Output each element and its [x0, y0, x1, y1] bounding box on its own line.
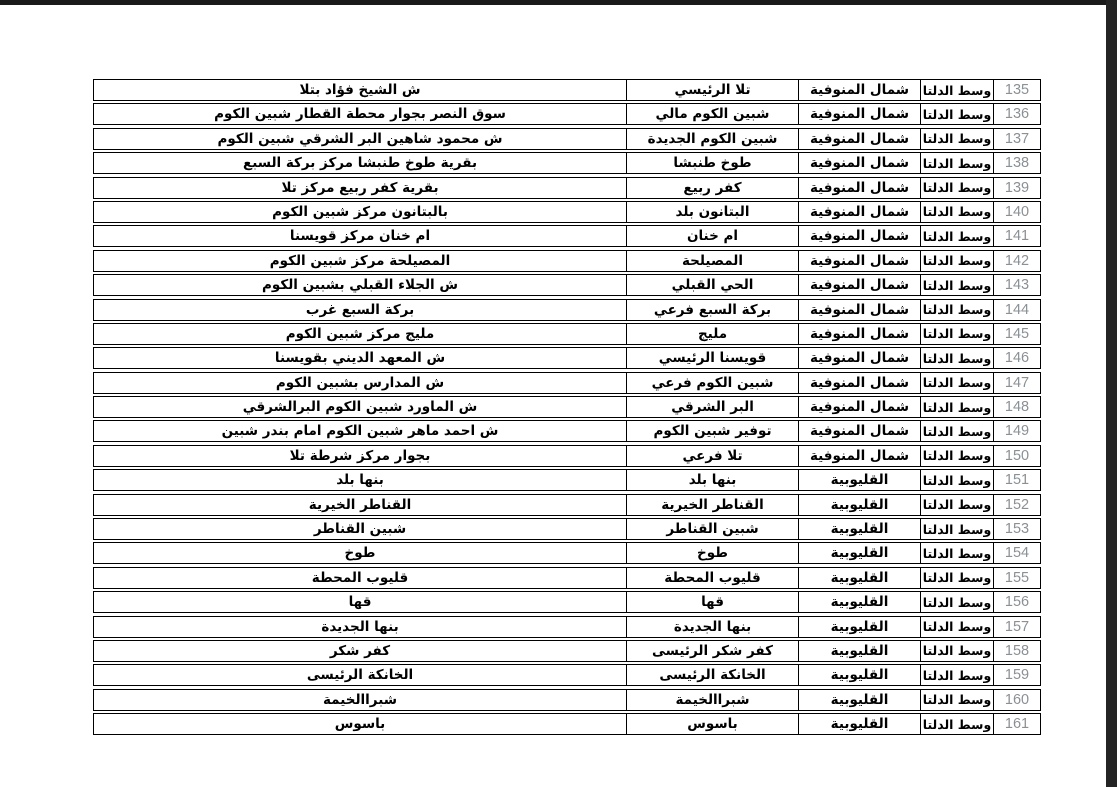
table-row: 142وسط الدلتاشمال المنوفيةالمصيلحةالمصيل…	[93, 250, 1041, 272]
cell-governorate: القليوبية	[798, 665, 920, 685]
cell-region: وسط الدلتا	[920, 617, 993, 637]
cell-region: وسط الدلتا	[920, 446, 993, 466]
cell-number: 154	[993, 543, 1040, 563]
cell-governorate: القليوبية	[798, 690, 920, 710]
cell-branch: مليج	[626, 324, 798, 344]
cell-number: 145	[993, 324, 1040, 344]
cell-branch: شبين الكوم فرعي	[626, 373, 798, 393]
cell-region: وسط الدلتا	[920, 568, 993, 588]
cell-region: وسط الدلتا	[920, 397, 993, 417]
cell-branch: القناطر الخيرية	[626, 495, 798, 515]
cell-governorate: القليوبية	[798, 519, 920, 539]
cell-number: 152	[993, 495, 1040, 515]
cell-address: قها	[94, 592, 626, 612]
table-row: 161وسط الدلتاالقليوبيةباسوسباسوس	[93, 713, 1041, 735]
document-page: 135وسط الدلتاشمال المنوفيةتلا الرئيسيش ا…	[0, 5, 1106, 787]
table-row: 145وسط الدلتاشمال المنوفيةمليجمليج مركز …	[93, 323, 1041, 345]
cell-branch: كفر شكر الرئيسى	[626, 641, 798, 661]
cell-governorate: القليوبية	[798, 543, 920, 563]
cell-address: ش الجلاء القبلي بشبين الكوم	[94, 275, 626, 295]
table-row: 146وسط الدلتاشمال المنوفيةقويسنا الرئيسي…	[93, 347, 1041, 369]
cell-branch: قليوب المحطة	[626, 568, 798, 588]
cell-number: 142	[993, 251, 1040, 271]
cell-branch: بنها الجديدة	[626, 617, 798, 637]
cell-number: 135	[993, 80, 1040, 100]
table-row: 154وسط الدلتاالقليوبيةطوخطوخ	[93, 542, 1041, 564]
table-row: 144وسط الدلتاشمال المنوفيةبركة السبع فرع…	[93, 299, 1041, 321]
cell-address: بنها الجديدة	[94, 617, 626, 637]
cell-address: القناطر الخيرية	[94, 495, 626, 515]
cell-address: قليوب المحطة	[94, 568, 626, 588]
cell-governorate: القليوبية	[798, 641, 920, 661]
table-row: 147وسط الدلتاشمال المنوفيةشبين الكوم فرع…	[93, 372, 1041, 394]
cell-address: الخانكة الرئيسى	[94, 665, 626, 685]
table-row: 149وسط الدلتاشمال المنوفيةتوفير شبين الك…	[93, 420, 1041, 442]
cell-region: وسط الدلتا	[920, 80, 993, 100]
cell-region: وسط الدلتا	[920, 641, 993, 661]
cell-governorate: شمال المنوفية	[798, 324, 920, 344]
cell-number: 150	[993, 446, 1040, 466]
cell-number: 140	[993, 202, 1040, 222]
cell-address: ام خنان مركز قويسنا	[94, 226, 626, 246]
table-row: 151وسط الدلتاالقليوبيةبنها بلدبنها بلد	[93, 469, 1041, 491]
table-row: 150وسط الدلتاشمال المنوفيةتلا فرعيبجوار …	[93, 445, 1041, 467]
cell-governorate: شمال المنوفية	[798, 348, 920, 368]
cell-region: وسط الدلتا	[920, 104, 993, 124]
cell-number: 146	[993, 348, 1040, 368]
cell-region: وسط الدلتا	[920, 592, 993, 612]
cell-governorate: شمال المنوفية	[798, 421, 920, 441]
cell-number: 151	[993, 470, 1040, 490]
cell-number: 159	[993, 665, 1040, 685]
cell-branch: باسوس	[626, 714, 798, 734]
cell-number: 138	[993, 153, 1040, 173]
cell-branch: بركة السبع فرعي	[626, 300, 798, 320]
cell-number: 155	[993, 568, 1040, 588]
cell-region: وسط الدلتا	[920, 714, 993, 734]
table-row: 152وسط الدلتاالقليوبيةالقناطر الخيريةالق…	[93, 494, 1041, 516]
cell-governorate: القليوبية	[798, 617, 920, 637]
branches-table: 135وسط الدلتاشمال المنوفيةتلا الرئيسيش ا…	[93, 79, 1041, 738]
cell-region: وسط الدلتا	[920, 470, 993, 490]
table-row: 143وسط الدلتاشمال المنوفيةالحي القبليش ا…	[93, 274, 1041, 296]
cell-address: شبين القناطر	[94, 519, 626, 539]
cell-governorate: شمال المنوفية	[798, 300, 920, 320]
cell-branch: كفر ربيع	[626, 178, 798, 198]
cell-number: 153	[993, 519, 1040, 539]
cell-governorate: شمال المنوفية	[798, 202, 920, 222]
cell-branch: البتانون بلد	[626, 202, 798, 222]
cell-region: وسط الدلتا	[920, 373, 993, 393]
table-row: 157وسط الدلتاالقليوبيةبنها الجديدةبنها ا…	[93, 616, 1041, 638]
cell-governorate: شمال المنوفية	[798, 397, 920, 417]
cell-address: شبراالخيمة	[94, 690, 626, 710]
cell-number: 137	[993, 129, 1040, 149]
cell-number: 141	[993, 226, 1040, 246]
cell-branch: قويسنا الرئيسي	[626, 348, 798, 368]
cell-governorate: شمال المنوفية	[798, 104, 920, 124]
table-row: 148وسط الدلتاشمال المنوفيةالبر الشرقيش ا…	[93, 396, 1041, 418]
cell-branch: الحي القبلي	[626, 275, 798, 295]
table-row: 137وسط الدلتاشمال المنوفيةشبين الكوم الج…	[93, 128, 1041, 150]
cell-governorate: القليوبية	[798, 568, 920, 588]
cell-address: سوق النصر بجوار محطة القطار شبين الكوم	[94, 104, 626, 124]
cell-branch: شبراالخيمة	[626, 690, 798, 710]
cell-address: بقرية طوخ طنبشا مركز بركة السبع	[94, 153, 626, 173]
table-row: 135وسط الدلتاشمال المنوفيةتلا الرئيسيش ا…	[93, 79, 1041, 101]
cell-address: ش المعهد الديني بقويسنا	[94, 348, 626, 368]
cell-address: ش احمد ماهر شبين الكوم امام بندر شبين	[94, 421, 626, 441]
cell-address: ش محمود شاهين البر الشرقي شبين الكوم	[94, 129, 626, 149]
cell-governorate: القليوبية	[798, 592, 920, 612]
cell-region: وسط الدلتا	[920, 129, 993, 149]
cell-governorate: القليوبية	[798, 470, 920, 490]
cell-number: 160	[993, 690, 1040, 710]
cell-region: وسط الدلتا	[920, 300, 993, 320]
cell-region: وسط الدلتا	[920, 178, 993, 198]
cell-branch: البر الشرقي	[626, 397, 798, 417]
cell-region: وسط الدلتا	[920, 665, 993, 685]
table-row: 138وسط الدلتاشمال المنوفيةطوخ طنبشابقرية…	[93, 152, 1041, 174]
cell-number: 149	[993, 421, 1040, 441]
cell-address: ش الماورد شبين الكوم البرالشرقي	[94, 397, 626, 417]
cell-address: كفر شكر	[94, 641, 626, 661]
cell-branch: تلا الرئيسي	[626, 80, 798, 100]
cell-region: وسط الدلتا	[920, 275, 993, 295]
cell-governorate: القليوبية	[798, 714, 920, 734]
cell-number: 156	[993, 592, 1040, 612]
cell-branch: تلا فرعي	[626, 446, 798, 466]
cell-branch: الخانكة الرئيسى	[626, 665, 798, 685]
cell-branch: طوخ طنبشا	[626, 153, 798, 173]
viewer-top-edge	[0, 0, 1117, 5]
cell-branch: قها	[626, 592, 798, 612]
cell-number: 147	[993, 373, 1040, 393]
cell-number: 158	[993, 641, 1040, 661]
cell-number: 148	[993, 397, 1040, 417]
cell-governorate: شمال المنوفية	[798, 153, 920, 173]
cell-address: ش المدارس بشبين الكوم	[94, 373, 626, 393]
cell-region: وسط الدلتا	[920, 202, 993, 222]
table-row: 156وسط الدلتاالقليوبيةقهاقها	[93, 591, 1041, 613]
table-row: 155وسط الدلتاالقليوبيةقليوب المحطةقليوب …	[93, 567, 1041, 589]
cell-governorate: شمال المنوفية	[798, 129, 920, 149]
cell-number: 161	[993, 714, 1040, 734]
cell-governorate: شمال المنوفية	[798, 226, 920, 246]
cell-address: مليج مركز شبين الكوم	[94, 324, 626, 344]
cell-number: 157	[993, 617, 1040, 637]
cell-branch: شبين القناطر	[626, 519, 798, 539]
cell-address: بنها بلد	[94, 470, 626, 490]
cell-region: وسط الدلتا	[920, 348, 993, 368]
cell-branch: توفير شبين الكوم	[626, 421, 798, 441]
table-row: 139وسط الدلتاشمال المنوفيةكفر ربيعبقرية …	[93, 177, 1041, 199]
cell-address: بالبتانون مركز شبين الكوم	[94, 202, 626, 222]
cell-number: 136	[993, 104, 1040, 124]
cell-branch: بنها بلد	[626, 470, 798, 490]
cell-region: وسط الدلتا	[920, 251, 993, 271]
cell-governorate: شمال المنوفية	[798, 80, 920, 100]
cell-region: وسط الدلتا	[920, 324, 993, 344]
cell-branch: شبين الكوم الجديدة	[626, 129, 798, 149]
cell-address: بركة السبع غرب	[94, 300, 626, 320]
cell-region: وسط الدلتا	[920, 543, 993, 563]
cell-governorate: شمال المنوفية	[798, 251, 920, 271]
viewer-right-edge	[1106, 0, 1117, 787]
cell-number: 143	[993, 275, 1040, 295]
table-row: 158وسط الدلتاالقليوبيةكفر شكر الرئيسىكفر…	[93, 640, 1041, 662]
cell-governorate: شمال المنوفية	[798, 446, 920, 466]
cell-address: بجوار مركز شرطة تلا	[94, 446, 626, 466]
table-row: 160وسط الدلتاالقليوبيةشبراالخيمةشبراالخي…	[93, 689, 1041, 711]
cell-region: وسط الدلتا	[920, 153, 993, 173]
cell-governorate: شمال المنوفية	[798, 373, 920, 393]
cell-region: وسط الدلتا	[920, 226, 993, 246]
cell-region: وسط الدلتا	[920, 519, 993, 539]
cell-branch: طوخ	[626, 543, 798, 563]
cell-governorate: شمال المنوفية	[798, 178, 920, 198]
cell-address: ش الشيخ فؤاد بتلا	[94, 80, 626, 100]
cell-region: وسط الدلتا	[920, 495, 993, 515]
cell-branch: شبين الكوم مالي	[626, 104, 798, 124]
cell-address: بقرية كفر ربيع مركز تلا	[94, 178, 626, 198]
cell-region: وسط الدلتا	[920, 690, 993, 710]
cell-address: طوخ	[94, 543, 626, 563]
cell-number: 139	[993, 178, 1040, 198]
cell-branch: ام خنان	[626, 226, 798, 246]
cell-branch: المصيلحة	[626, 251, 798, 271]
cell-address: المصيلحة مركز شبين الكوم	[94, 251, 626, 271]
table-row: 136وسط الدلتاشمال المنوفيةشبين الكوم مال…	[93, 103, 1041, 125]
table-row: 140وسط الدلتاشمال المنوفيةالبتانون بلدبا…	[93, 201, 1041, 223]
cell-region: وسط الدلتا	[920, 421, 993, 441]
table-row: 141وسط الدلتاشمال المنوفيةام خنانام خنان…	[93, 225, 1041, 247]
table-row: 153وسط الدلتاالقليوبيةشبين القناطرشبين ا…	[93, 518, 1041, 540]
cell-governorate: القليوبية	[798, 495, 920, 515]
cell-address: باسوس	[94, 714, 626, 734]
cell-governorate: شمال المنوفية	[798, 275, 920, 295]
cell-number: 144	[993, 300, 1040, 320]
table-row: 159وسط الدلتاالقليوبيةالخانكة الرئيسىالخ…	[93, 664, 1041, 686]
